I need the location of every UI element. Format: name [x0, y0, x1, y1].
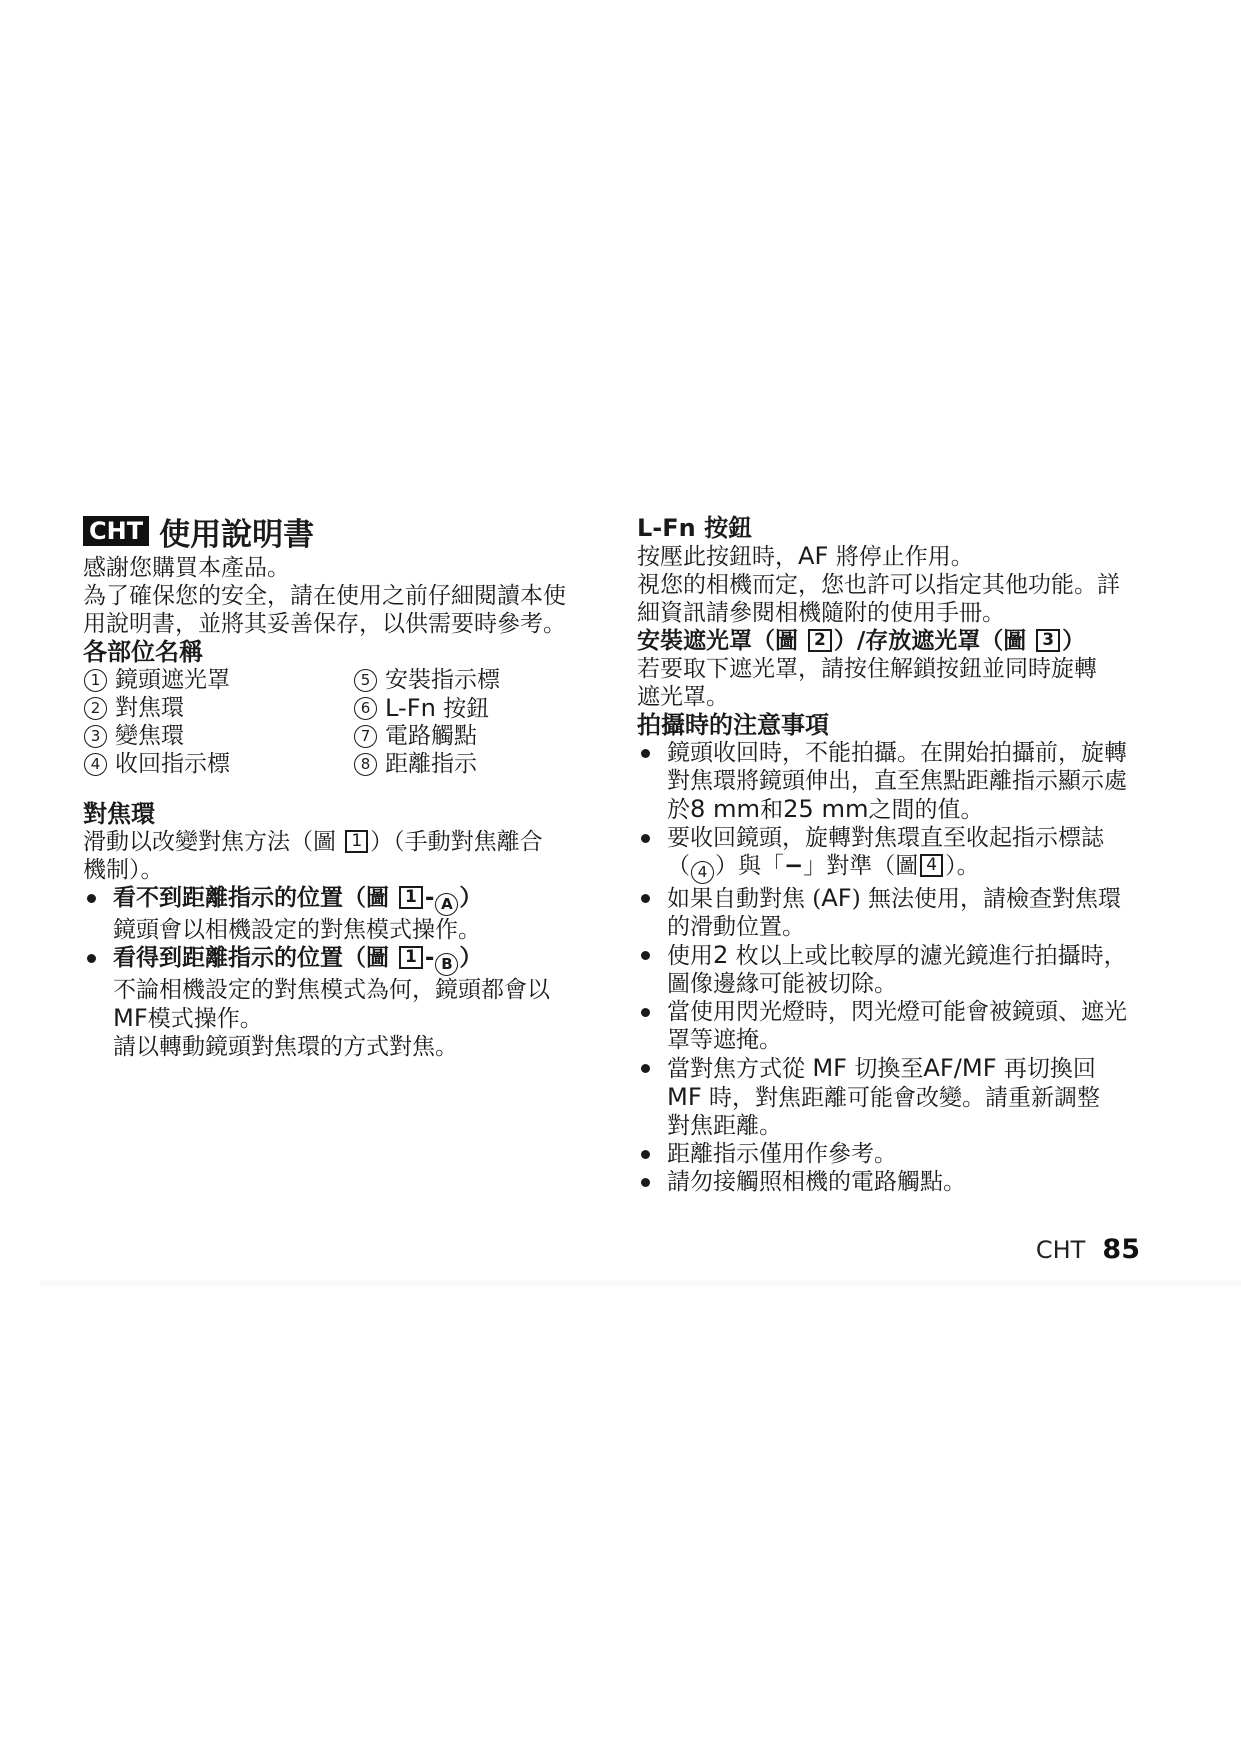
parts-column-2: 5 安裝指示標 6 L-Fn 按鈕 7 電路觸點 8 距離指示 [353, 666, 571, 778]
latin-text: MF [667, 1083, 702, 1111]
manual-page: CHT 使用說明書 感謝您購買本產品。 為了確保您的安全，請在使用之前仔細閱讀本… [0, 0, 1241, 1754]
latin-text: AF [821, 884, 851, 912]
text-run: 」對準（圖 [803, 853, 918, 879]
text-run: 使用 [667, 943, 713, 969]
bullet-content: 鏡頭收回時，不能拍攝。在開始拍攝前，旋轉 對焦環將鏡頭伸出，直至焦點距離指示顯示… [667, 739, 1127, 824]
text-run: ） [459, 945, 482, 971]
figure-number-box: 2 [808, 629, 832, 652]
text-run: ）。 [945, 853, 980, 879]
text-run: 按壓此按鈕時， [637, 544, 798, 570]
text-run: 變焦環 [115, 723, 184, 749]
text-run: 看不到距離指示的位置（圖 [113, 885, 397, 911]
note-bullet: 要收回鏡頭，旋轉對焦環直至收起指示標誌 （4）與「−」對準（圖4）。 [637, 824, 1125, 884]
footer-language-label: CHT [1036, 1236, 1085, 1264]
note-line: （4）與「−」對準（圖4）。 [667, 852, 1104, 884]
note-bullet: 請勿接觸照相機的電路觸點。 [637, 1168, 1125, 1196]
bullet-content: 看得到距離指示的位置（圖 1-B） 不論相機設定的對焦模式為何，鏡頭都會以 MF… [113, 944, 550, 1061]
bullet-content: 請勿接觸照相機的電路觸點。 [667, 1168, 966, 1196]
left-column: CHT 使用說明書 感謝您購買本產品。 為了確保您的安全，請在使用之前仔細閱讀本… [83, 512, 571, 1061]
text-run: 罩等遮掩。 [667, 1027, 782, 1053]
lfn-line: 細資訊請參閱相機隨附的使用手冊。 [637, 599, 1125, 627]
focus-bullet: 看得到距離指示的位置（圖 1-B） 不論相機設定的對焦模式為何，鏡頭都會以 MF… [83, 944, 571, 1061]
note-line: 當使用閃光燈時，閃光燈可能會被鏡頭、遮光 [667, 998, 1127, 1026]
circled-number: 7 [354, 725, 377, 748]
latin-text: MF [812, 1054, 847, 1082]
text-run: 鏡頭會以相機設定的對焦模式操作。 [113, 917, 481, 943]
bullet-title: 看得到距離指示的位置（圖 1-B） [113, 944, 550, 976]
bullet-content: 看不到距離指示的位置（圖 1-A） 鏡頭會以相機設定的對焦模式操作。 [113, 884, 482, 944]
circled-char: A [435, 893, 458, 916]
bullet-dot-icon [87, 954, 96, 963]
text-run: 對焦距離。 [667, 1113, 782, 1139]
text-run: 收回指示標 [115, 751, 230, 777]
intro-line: 感謝您購買本產品。 [83, 554, 571, 582]
list-item: 3 變焦環 [83, 722, 353, 750]
text-run: 切換至 [847, 1056, 923, 1082]
bullet-content: 當對焦方式從 MF 切換至AF/MF 再切換回 MF 時，對焦距離可能會改變。請… [667, 1054, 1100, 1140]
circled-number: 2 [84, 697, 107, 720]
text-run: 如果自動對焦 ( [667, 886, 821, 912]
bold-dash: − [784, 853, 803, 879]
bullet-content: 使用2 枚以上或比較厚的濾光鏡進行拍攝時， 圖像邊緣可能被切除。 [667, 941, 1127, 998]
note-line: 於8 mm和25 mm之間的值。 [667, 795, 1127, 824]
text-run: ）與「 [715, 853, 784, 879]
latin-text: 2 [713, 941, 728, 969]
part-label: L-Fn 按鈕 [385, 694, 489, 723]
note-bullet: 當使用閃光燈時，閃光燈可能會被鏡頭、遮光 罩等遮掩。 [637, 998, 1125, 1054]
note-bullet: 如果自動對焦 (AF) 無法使用，請檢查對焦環 的滑動位置。 [637, 884, 1125, 941]
circled-number: 1 [84, 669, 107, 692]
figure-number-box: 1 [399, 946, 423, 969]
note-line: 圖像邊緣可能被切除。 [667, 970, 1127, 998]
lfn-line: 按壓此按鈕時，AF 將停止作用。 [637, 542, 1125, 571]
note-line: 的滑動位置。 [667, 913, 1121, 941]
parts-heading: 各部位名稱 [83, 638, 571, 666]
bullet-content: 要收回鏡頭，旋轉對焦環直至收起指示標誌 （4）與「−」對準（圖4）。 [667, 824, 1104, 884]
latin-text: 8 mm [690, 795, 760, 823]
bullet-dot-icon [87, 894, 96, 903]
note-bullet: 距離指示僅用作參考。 [637, 1140, 1125, 1168]
text-run: 的滑動位置。 [667, 914, 805, 940]
text-run: 安裝指示標 [385, 667, 500, 693]
text-run: 圖像邊緣可能被切除。 [667, 971, 897, 997]
list-item: 6 L-Fn 按鈕 [353, 694, 571, 722]
intro-line: 為了確保您的安全，請在使用之前仔細閱讀本使 [83, 582, 571, 610]
text-run: 機制）。 [83, 857, 164, 883]
text-run: 將停止作用。 [828, 544, 973, 570]
list-item: 7 電路觸點 [353, 722, 571, 750]
text-run: 鏡頭收回時，不能拍攝。在開始拍攝前，旋轉 [667, 740, 1127, 766]
text-run: 於 [667, 797, 690, 823]
bullet-title: 看不到距離指示的位置（圖 1-A） [113, 884, 482, 916]
text-run: 枚以上或比較厚的濾光鏡進行拍攝時， [728, 943, 1126, 969]
note-bullet: 鏡頭收回時，不能拍攝。在開始拍攝前，旋轉 對焦環將鏡頭伸出，直至焦點距離指示顯示… [637, 739, 1125, 824]
text-run: ） [1062, 628, 1085, 654]
note-line: MF 時，對焦距離可能會改變。請重新調整 [667, 1083, 1100, 1112]
section-gap [83, 778, 571, 800]
intro-line: 用說明書，並將其妥善保存，以供需要時參考。 [83, 610, 571, 638]
text-run: 請以轉動鏡頭對焦環的方式對焦。 [113, 1034, 458, 1060]
part-label: 對焦環 [115, 694, 184, 722]
lfn-button-heading: L-Fn 按鈕 [637, 514, 1125, 542]
note-line: 如果自動對焦 (AF) 無法使用，請檢查對焦環 [667, 884, 1121, 913]
latin-text: 25 mm [783, 795, 868, 823]
text-run: 不論相機設定的對焦模式為何，鏡頭都會以 [113, 977, 550, 1003]
note-line: 距離指示僅用作參考。 [667, 1140, 897, 1168]
text-run: 模式操作。 [148, 1006, 263, 1032]
text-run: 滑動以改變對焦方法（圖 [83, 829, 343, 855]
text-run: 按鈕 [436, 696, 489, 722]
text-run: 電路觸點 [385, 723, 477, 749]
circled-char: 4 [691, 861, 714, 884]
circled-char: B [435, 953, 458, 976]
text-run: 要收回鏡頭，旋轉對焦環直至收起指示標誌 [667, 825, 1104, 851]
text-run: - [425, 945, 435, 971]
list-item: 5 安裝指示標 [353, 666, 571, 694]
latin-text: MF [113, 1004, 148, 1032]
text-run: 安裝遮光罩（圖 [637, 628, 806, 654]
circled-number: 8 [354, 753, 377, 776]
bullet-body-line: 不論相機設定的對焦模式為何，鏡頭都會以 [113, 976, 550, 1004]
circled-number: 4 [84, 753, 107, 776]
circled-number: 3 [84, 725, 107, 748]
focus-paragraph-line: 滑動以改變對焦方法（圖 1）（手動對焦離合 [83, 828, 571, 856]
part-label: 距離指示 [385, 750, 477, 778]
text-run: 遮光罩。 [637, 684, 729, 710]
bullet-dot-icon [641, 834, 650, 843]
latin-text: L-Fn [385, 694, 436, 722]
note-line: 對焦距離。 [667, 1112, 1100, 1140]
figure-number-box: 3 [1036, 629, 1060, 652]
parts-list: 1 鏡頭遮光罩 2 對焦環 3 變焦環 4 收回指示標 5 [83, 666, 571, 778]
note-bullet: 使用2 枚以上或比較厚的濾光鏡進行拍攝時， 圖像邊緣可能被切除。 [637, 941, 1125, 998]
list-item: 4 收回指示標 [83, 750, 353, 778]
text-run: 再切換回 [997, 1056, 1096, 1082]
bullet-content: 如果自動對焦 (AF) 無法使用，請檢查對焦環 的滑動位置。 [667, 884, 1121, 941]
note-line: 對焦環將鏡頭伸出，直至焦點距離指示顯示處 [667, 767, 1127, 795]
bottom-divider [40, 1280, 1241, 1287]
focus-paragraph-line: 機制）。 [83, 856, 571, 884]
bullet-content: 距離指示僅用作參考。 [667, 1140, 897, 1168]
page-footer: CHT 85 [900, 1234, 1140, 1265]
note-line: 請勿接觸照相機的電路觸點。 [667, 1168, 966, 1196]
bullet-dot-icon [641, 1178, 650, 1187]
text-run: ） [459, 885, 482, 911]
bullet-content: 當使用閃光燈時，閃光燈可能會被鏡頭、遮光 罩等遮掩。 [667, 998, 1127, 1054]
focus-ring-heading: 對焦環 [83, 800, 571, 828]
hood-line: 若要取下遮光罩，請按住解鎖按鈕並同時旋轉 [637, 655, 1125, 683]
shooting-notes-heading: 拍攝時的注意事項 [637, 711, 1125, 739]
latin-text: AF [798, 542, 828, 570]
note-line: 要收回鏡頭，旋轉對焦環直至收起指示標誌 [667, 824, 1104, 852]
note-line: 罩等遮掩。 [667, 1026, 1127, 1054]
document-title-text: 使用說明書 [159, 509, 314, 554]
text-run: ）（手動對焦離合 [370, 829, 543, 855]
figure-number-box: 4 [920, 854, 943, 877]
text-run: 對焦環 [115, 695, 184, 721]
note-line: 當對焦方式從 MF 切換至AF/MF 再切換回 [667, 1054, 1100, 1083]
bullet-dot-icon [641, 951, 650, 960]
text-run: 距離指示 [385, 751, 477, 777]
list-item: 8 距離指示 [353, 750, 571, 778]
text-run: 細資訊請參閱相機隨附的使用手冊。 [637, 600, 1005, 626]
part-label: 電路觸點 [385, 722, 477, 750]
hood-line: 遮光罩。 [637, 683, 1125, 711]
text-run: ）/存放遮光罩（圖 [834, 628, 1034, 654]
language-badge: CHT [83, 516, 149, 546]
part-label: 收回指示標 [115, 750, 230, 778]
part-label: 鏡頭遮光罩 [115, 666, 230, 694]
text-run: ) 無法使用，請檢查對焦環 [852, 886, 1121, 912]
bullet-body-line: MF模式操作。 [113, 1004, 550, 1033]
bullet-dot-icon [641, 894, 650, 903]
hood-heading: 安裝遮光罩（圖 2）/存放遮光罩（圖 3） [637, 627, 1125, 655]
text-run: 當使用閃光燈時，閃光燈可能會被鏡頭、遮光 [667, 999, 1127, 1025]
part-label: 安裝指示標 [385, 666, 500, 694]
text-run: 距離指示僅用作參考。 [667, 1141, 897, 1167]
note-bullet: 當對焦方式從 MF 切換至AF/MF 再切換回 MF 時，對焦距離可能會改變。請… [637, 1054, 1125, 1140]
figure-number-box: 1 [345, 830, 368, 853]
text-run: 看得到距離指示的位置（圖 [113, 945, 397, 971]
text-run: 當對焦方式從 [667, 1056, 812, 1082]
note-line: 鏡頭收回時，不能拍攝。在開始拍攝前，旋轉 [667, 739, 1127, 767]
page-number: 85 [1102, 1234, 1140, 1265]
focus-bullet: 看不到距離指示的位置（圖 1-A） 鏡頭會以相機設定的對焦模式操作。 [83, 884, 571, 944]
part-label: 變焦環 [115, 722, 184, 750]
circled-number: 5 [354, 669, 377, 692]
parts-column-1: 1 鏡頭遮光罩 2 對焦環 3 變焦環 4 收回指示標 [83, 666, 353, 778]
text-run: 對焦環將鏡頭伸出，直至焦點距離指示顯示處 [667, 768, 1127, 794]
bullet-body-line: 請以轉動鏡頭對焦環的方式對焦。 [113, 1033, 550, 1061]
text-run: 鏡頭遮光罩 [115, 667, 230, 693]
text-run: 和 [760, 797, 783, 823]
figure-number-box: 1 [399, 886, 423, 909]
text-run: 請勿接觸照相機的電路觸點。 [667, 1169, 966, 1195]
bullet-dot-icon [641, 1150, 650, 1159]
note-line: 使用2 枚以上或比較厚的濾光鏡進行拍攝時， [667, 941, 1127, 970]
bullet-body-line: 鏡頭會以相機設定的對焦模式操作。 [113, 916, 482, 944]
lfn-line: 視您的相機而定，您也許可以指定其他功能。詳 [637, 571, 1125, 599]
list-item: 1 鏡頭遮光罩 [83, 666, 353, 694]
text-run: 若要取下遮光罩，請按住解鎖按鈕並同時旋轉 [637, 656, 1097, 682]
text-run: （ [667, 853, 690, 879]
list-item: 2 對焦環 [83, 694, 353, 722]
right-column: L-Fn 按鈕 按壓此按鈕時，AF 將停止作用。 視您的相機而定，您也許可以指定… [637, 514, 1125, 1196]
circled-number: 6 [354, 697, 377, 720]
bullet-dot-icon [641, 749, 650, 758]
text-run: 時，對焦距離可能會改變。請重新調整 [702, 1085, 1100, 1111]
bullet-dot-icon [641, 1008, 650, 1017]
bullet-dot-icon [641, 1064, 650, 1073]
text-run: - [425, 885, 435, 911]
document-title: CHT 使用說明書 [83, 512, 571, 550]
text-run: 視您的相機而定，您也許可以指定其他功能。詳 [637, 572, 1120, 598]
latin-text: AF/MF [923, 1054, 996, 1082]
text-run: 之間的值。 [869, 797, 984, 823]
